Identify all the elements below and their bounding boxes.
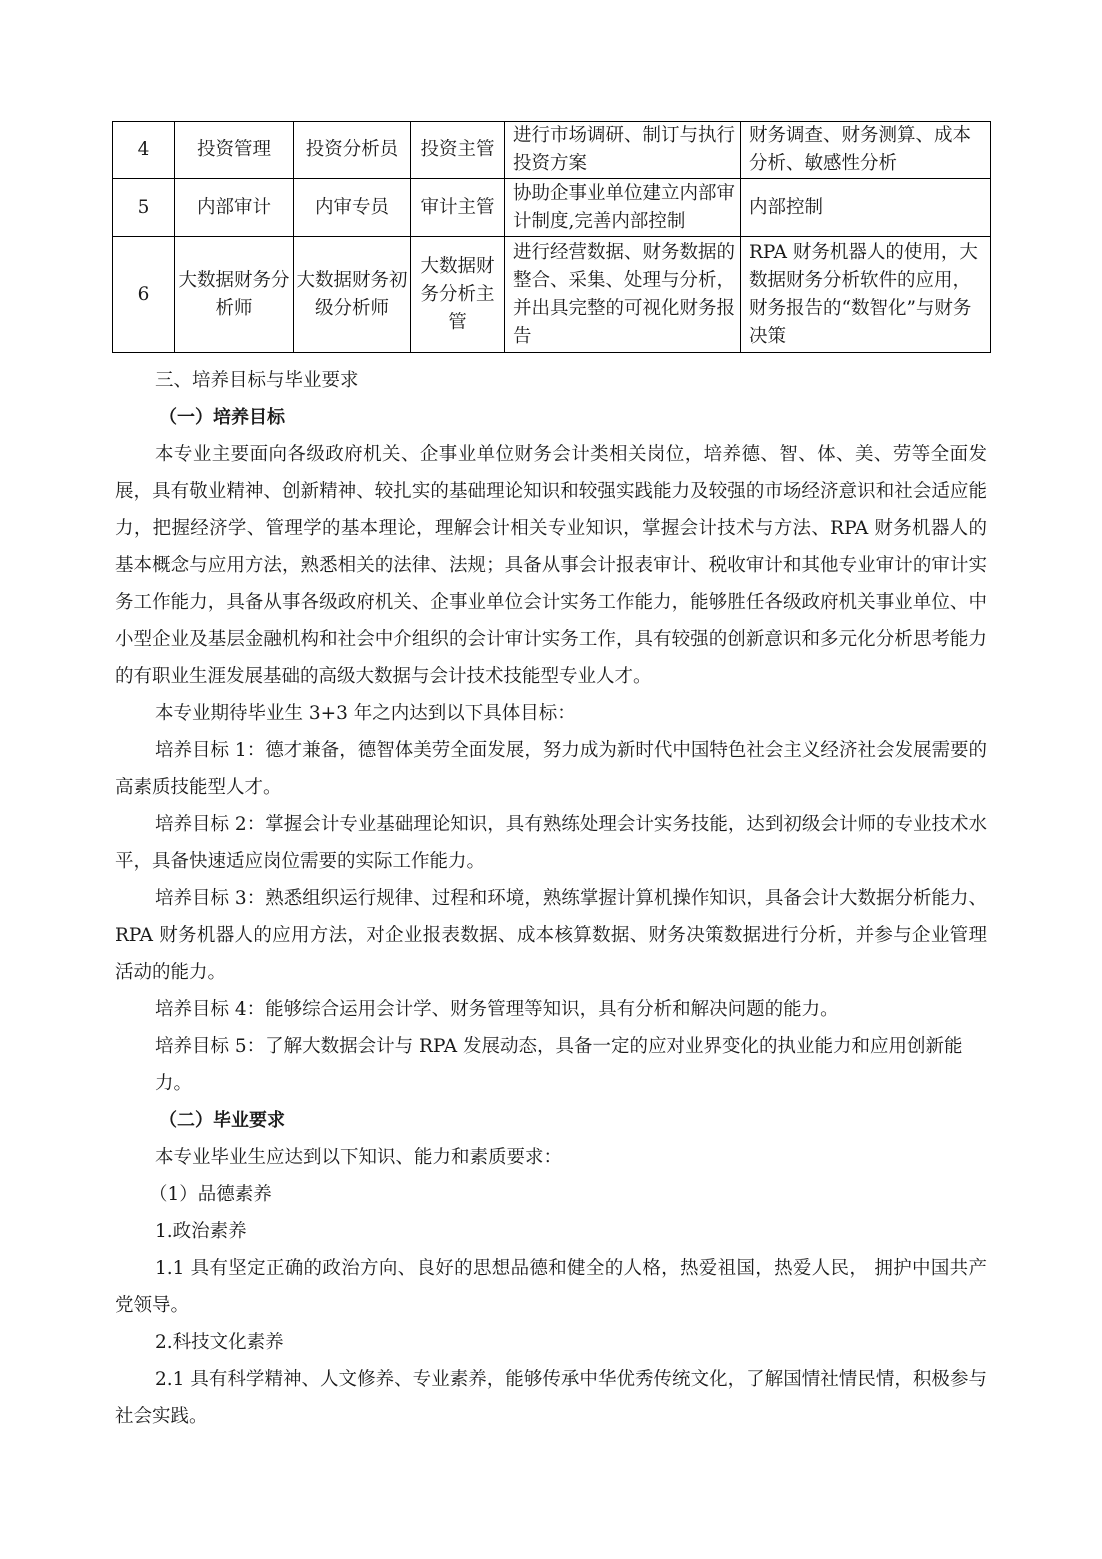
requirements-category: （1）品德素养 [115,1176,987,1213]
cell-no: 4 [113,122,175,179]
goal-item: 培养目标 5：了解大数据会计与 RPA 发展动态，具备一定的应对业界变化的执业能… [115,1028,987,1102]
goal-item: 培养目标 4：能够综合运用会计学、财务管理等知识，具有分析和解决问题的能力。 [115,991,987,1028]
requirement-heading: 1.政治素养 [115,1213,987,1250]
table-row: 6 大数据财务分析师 大数据财务初级分析师 大数据财务分析主管 进行经营数据、财… [113,237,991,353]
requirement-text: 1.1 具有坚定正确的政治方向、良好的思想品德和健全的人格，热爱祖国，热爱人民，… [115,1250,987,1324]
requirement-text: 2.1 具有科学精神、人文修养、专业素养，能够传承中华优秀传统文化，了解国情社情… [115,1361,987,1435]
cell-tasks: 进行经营数据、财务数据的整合、采集、处理与分析，并出具完整的可视化财务报告 [505,237,741,353]
document-page: 4 投资管理 投资分析员 投资主管 进行市场调研、制订与执行投资方案 财务调查、… [0,0,1102,1559]
cell-skills: 财务调查、财务测算、成本分析、敏感性分析 [741,122,991,179]
requirements-intro: 本专业毕业生应达到以下知识、能力和素质要求： [115,1139,987,1176]
requirement-heading: 2.科技文化素养 [115,1324,987,1361]
subsection-heading-goals: （一）培养目标 [115,399,987,436]
goal-item: 培养目标 3：熟悉组织运行规律、过程和环境，熟练掌握计算机操作知识，具备会计大数… [115,880,987,991]
section-heading: 三、培养目标与毕业要求 [115,362,987,399]
cell-field: 投资管理 [175,122,294,179]
goal-item: 培养目标 1：德才兼备，德智体美劳全面发展，努力成为新时代中国特色社会主义经济社… [115,732,987,806]
cell-senior-post: 审计主管 [411,179,505,237]
cell-skills: RPA 财务机器人的使用，大数据财务分析软件的应用，财务报告的“数智化”与财务决… [741,237,991,353]
cell-field: 大数据财务分析师 [175,237,294,353]
cell-entry-post: 大数据财务初级分析师 [294,237,411,353]
goals-intro-paragraph: 本专业主要面向各级政府机关、企事业单位财务会计类相关岗位，培养德、智、体、美、劳… [115,436,987,695]
cell-senior-post: 大数据财务分析主管 [411,237,505,353]
cell-senior-post: 投资主管 [411,122,505,179]
goal-item: 培养目标 2：掌握会计专业基础理论知识，具有熟练处理会计实务技能，达到初级会计师… [115,806,987,880]
cell-tasks: 进行市场调研、制订与执行投资方案 [505,122,741,179]
cell-tasks: 协助企事业单位建立内部审计制度,完善内部控制 [505,179,741,237]
career-table: 4 投资管理 投资分析员 投资主管 进行市场调研、制订与执行投资方案 财务调查、… [112,121,991,353]
table-row: 4 投资管理 投资分析员 投资主管 进行市场调研、制订与执行投资方案 财务调查、… [113,122,991,179]
cell-entry-post: 内审专员 [294,179,411,237]
subsection-heading-requirements: （二）毕业要求 [115,1102,987,1139]
cell-entry-post: 投资分析员 [294,122,411,179]
cell-skills: 内部控制 [741,179,991,237]
table-row: 5 内部审计 内审专员 审计主管 协助企事业单位建立内部审计制度,完善内部控制 … [113,179,991,237]
cell-no: 5 [113,179,175,237]
cell-field: 内部审计 [175,179,294,237]
cell-no: 6 [113,237,175,353]
expectation-paragraph: 本专业期待毕业生 3+3 年之内达到以下具体目标： [115,695,987,732]
document-body: 三、培养目标与毕业要求 （一）培养目标 本专业主要面向各级政府机关、企事业单位财… [115,362,987,1435]
